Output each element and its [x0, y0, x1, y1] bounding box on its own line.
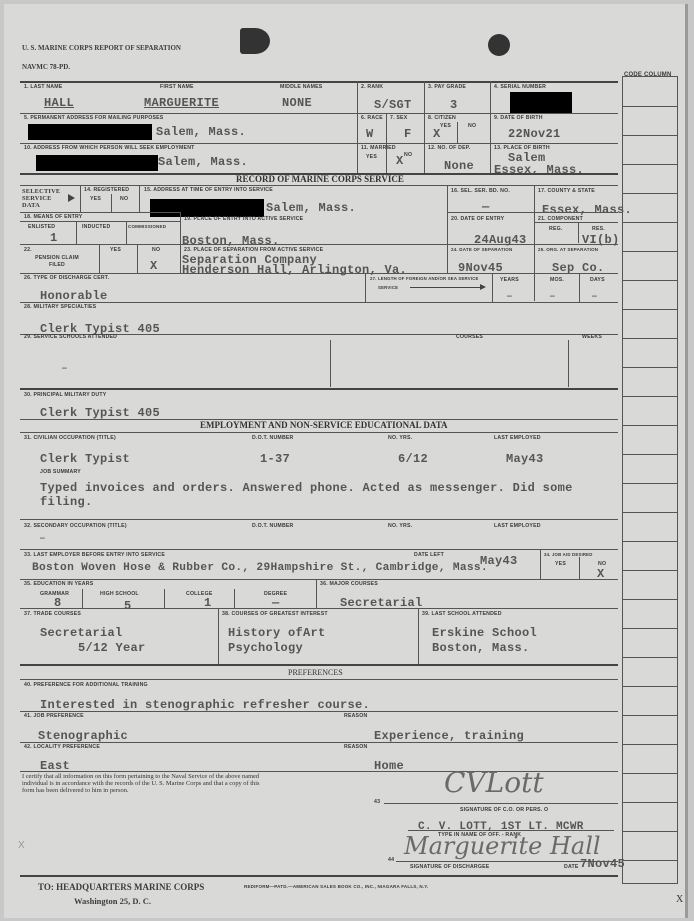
- employment-address-redaction: [36, 155, 158, 171]
- employment-section-title: EMPLOYMENT AND NON-SERVICE EDUCATIONAL D…: [200, 420, 448, 430]
- military-specialties-label: 28. MILITARY SPECIALTIES: [24, 304, 96, 310]
- last-name-value: HALL: [44, 96, 74, 110]
- married-no-mark: X: [396, 154, 404, 168]
- date-of-entry-label: 20. DATE OF ENTRY: [451, 216, 504, 222]
- serial-number-redaction: [510, 92, 572, 113]
- form-title: U. S. MARINE CORPS REPORT OF SEPARATION: [22, 44, 181, 52]
- job-reason-label: REASON: [344, 713, 367, 719]
- job-aid-yes-label: YES: [555, 561, 566, 567]
- middle-names-value: NONE: [282, 96, 312, 110]
- married-label: 11. MARRIED: [361, 145, 396, 151]
- pension-claim-num: 22.: [24, 247, 32, 253]
- printer-line: REDIFORM—PATD.—AMERICAN SALES BOOK CO., …: [244, 884, 428, 889]
- additional-training-label: 40. PREFERENCE FOR ADDITIONAL TRAINING: [24, 682, 148, 688]
- years-value: —: [507, 292, 512, 301]
- years-label: YEARS: [500, 277, 519, 283]
- employment-address-label: 10. ADDRESS FROM WHICH PERSON WILL SEEK …: [24, 145, 195, 151]
- pay-grade-label: 3. PAY GRADE: [428, 84, 466, 90]
- service-sublabel: SERVICE: [378, 285, 398, 290]
- secondary-no-yrs-label: NO. YRS.: [388, 523, 412, 529]
- date-of-birth-value: 22Nov21: [508, 127, 561, 141]
- high-school-value: 5: [124, 599, 132, 613]
- discharge-cert-label: 26. TYPE OF DISCHARGE CERT.: [24, 275, 109, 281]
- margin-mark: X: [18, 840, 25, 851]
- registered-label: 14. REGISTERED: [84, 187, 129, 193]
- additional-training-value: Interested in stenographic refresher cou…: [40, 698, 370, 712]
- permanent-address-label: 5. PERMANENT ADDRESS FOR MAILING PURPOSE…: [24, 115, 163, 121]
- county-state-value: Essex, Mass.: [542, 203, 632, 217]
- enlisted-value: 1: [50, 231, 58, 245]
- dependents-label: 12. NO. OF DEP.: [428, 145, 470, 151]
- job-reason-value: Experience, training: [374, 729, 524, 743]
- married-yes-label: YES: [366, 154, 377, 160]
- middle-names-label: MIDDLE NAMES: [280, 84, 322, 90]
- last-school-line1: Erskine School: [432, 626, 537, 640]
- dependents-value: None: [444, 159, 474, 173]
- sex-value: F: [404, 127, 412, 141]
- trade-courses-line2: 5/12 Year: [78, 641, 146, 655]
- dot-number-value: 1-37: [260, 452, 290, 466]
- form-number: NAVMC 78-PD.: [22, 63, 70, 71]
- co-signature: CVLott: [444, 766, 544, 799]
- dischargee-signature: Marguerite Hall: [404, 832, 601, 860]
- county-state-label: 17. COUNTY & STATE: [538, 188, 595, 194]
- component-reg-label: REG.: [549, 226, 562, 232]
- days-label: DAYS: [590, 277, 605, 283]
- permanent-address-redaction: [28, 124, 152, 140]
- rank-value: S/SGT: [374, 98, 412, 112]
- pension-claim-label: PENSION CLAIM FILED: [34, 255, 80, 269]
- locality-preference-label: 42. LOCALITY PREFERENCE: [24, 744, 100, 750]
- days-value: —: [592, 292, 597, 301]
- months-label: MOS.: [550, 277, 564, 283]
- secondary-occupation-label: 32. SECONDARY OCCUPATION (TITLE): [24, 523, 127, 529]
- race-value: W: [366, 127, 374, 141]
- job-summary-line2: filing.: [40, 495, 93, 509]
- date-value: 7Nov45: [580, 857, 625, 871]
- courses-interest-line2: Psychology: [228, 641, 303, 655]
- job-summary-label: JOB SUMMARY: [40, 469, 81, 475]
- org-at-separation-label: 25. ORG. AT SEPARATION: [538, 247, 598, 252]
- married-no-label: NO: [404, 152, 412, 158]
- no-yrs-label: NO. YRS.: [388, 435, 412, 441]
- certification-text: I certify that all information on this f…: [22, 774, 272, 794]
- date-of-birth-label: 9. DATE OF BIRTH: [494, 115, 543, 121]
- address-at-entry-value: Salem, Mass.: [266, 201, 356, 215]
- citizen-yes-mark: X: [433, 127, 441, 141]
- pension-no-label: NO: [152, 247, 160, 253]
- high-school-label: HIGH SCHOOL: [100, 591, 139, 597]
- permanent-address-value: Salem, Mass.: [156, 125, 246, 139]
- last-school-line2: Boston, Mass.: [432, 641, 530, 655]
- place-of-separation-line2: Henderson Hall, Arlington, Va.: [182, 263, 407, 277]
- service-section-title: RECORD OF MARINE CORPS SERVICE: [236, 174, 404, 184]
- trade-courses-label: 37. TRADE COURSES: [24, 611, 81, 617]
- date-of-separation-label: 24. DATE OF SEPARATION: [451, 247, 512, 252]
- first-name-value: MARGUERITE: [144, 96, 219, 110]
- co-signature-label: SIGNATURE OF C.O. OR PERS. O: [460, 807, 548, 813]
- last-school-label: 39. LAST SCHOOL ATTENDED: [422, 611, 502, 617]
- major-courses-label: 36. MAJOR COURSES: [320, 581, 378, 587]
- address-at-entry-label: 15. ADDRESS AT TIME OF ENTRY INTO SERVIC…: [144, 187, 273, 193]
- serial-number-label: 4. SERIAL NUMBER: [494, 84, 546, 90]
- address-at-entry-redaction: [150, 199, 264, 217]
- months-value: —: [550, 292, 555, 301]
- dischargee-signature-number: 44: [388, 857, 394, 863]
- service-schools-value: —: [62, 364, 67, 373]
- job-preference-value: Stenographic: [38, 729, 128, 743]
- principal-duty-label: 30. PRINCIPAL MILITARY DUTY: [24, 392, 106, 398]
- education-label: 35. EDUCATION IN YEARS: [24, 581, 93, 587]
- last-employer-value: Boston Woven Hose & Rubber Co., 29Hampsh…: [32, 562, 488, 574]
- pay-grade-value: 3: [450, 98, 458, 112]
- date-left-label: DATE LEFT: [414, 552, 444, 558]
- to-line1: TO: HEADQUARTERS MARINE CORPS: [38, 882, 204, 892]
- means-of-entry-label: 18. MEANS OF ENTRY: [24, 214, 82, 220]
- trade-courses-line1: Secretarial: [40, 626, 123, 640]
- enlisted-label: ENLISTED: [28, 224, 55, 230]
- citizen-no-label: NO: [468, 123, 476, 129]
- preferences-section-title: PREFERENCES: [288, 668, 343, 677]
- dot-number-label: D.O.T. NUMBER: [252, 435, 294, 441]
- employment-address-value: Salem, Mass.: [158, 155, 248, 169]
- first-name-label: FIRST NAME: [160, 84, 194, 90]
- no-yrs-value: 6/12: [398, 452, 428, 466]
- last-name-label: 1. LAST NAME: [24, 84, 62, 90]
- secondary-occupation-value: —: [40, 534, 45, 543]
- selective-service-label: SELECTIVE SERVICE DATA: [22, 188, 66, 209]
- civilian-occupation-value: Clerk Typist: [40, 452, 130, 466]
- citizen-label: 8. CITIZEN: [428, 115, 456, 121]
- co-signature-number: 43: [374, 799, 380, 805]
- punch-hole-left: [240, 28, 270, 54]
- courses-label: COURSES: [456, 334, 483, 340]
- dischargee-signature-label: SIGNATURE OF DISCHARGEE: [410, 864, 489, 870]
- civilian-occupation-label: 31. CIVILIAN OCCUPATION (TITLE): [24, 435, 116, 441]
- arrow-right-icon: [410, 287, 484, 288]
- date-label: DATE: [564, 864, 579, 870]
- component-res-label: RES.: [592, 226, 605, 232]
- code-column: [622, 76, 678, 884]
- foreign-service-label: 27. LENGTH OF FOREIGN AND/OR SEA SERVICE: [370, 276, 479, 281]
- sex-label: 7. SEX: [390, 115, 407, 121]
- locality-reason-label: REASON: [344, 744, 367, 750]
- secondary-dot-label: D.O.T. NUMBER: [252, 523, 294, 529]
- arrow-right-icon: [68, 194, 75, 202]
- job-preference-label: 41. JOB PREFERENCE: [24, 713, 84, 719]
- citizen-yes-label: YES: [440, 123, 451, 129]
- last-employer-label: 33. LAST EMPLOYER BEFORE ENTRY INTO SERV…: [24, 552, 165, 558]
- registered-yes-label: YES: [90, 196, 101, 202]
- courses-interest-line1: History ofArt: [228, 626, 326, 640]
- job-summary-line1: Typed invoices and orders. Answered phon…: [40, 481, 573, 495]
- pension-yes-label: YES: [110, 247, 121, 253]
- service-schools-label: 29. SERVICE SCHOOLS ATTENDED: [24, 334, 117, 340]
- rank-label: 2. RANK: [361, 84, 383, 90]
- race-label: 6. RACE: [361, 115, 383, 121]
- secondary-last-employed-label: LAST EMPLOYED: [494, 523, 541, 529]
- place-of-entry-label: 19. PLACE OF ENTRY INTO ACTIVE SERVICE: [184, 216, 303, 222]
- to-line2: Washington 25, D. C.: [74, 896, 151, 906]
- discharge-cert-value: Honorable: [40, 289, 108, 303]
- last-employed-value: May43: [506, 452, 544, 466]
- commissioned-label: COMMISSIONED: [128, 224, 166, 229]
- pension-no-mark: X: [150, 259, 158, 273]
- arrowhead-icon: [480, 284, 486, 290]
- courses-interest-label: 38. COURSES OF GREATEST INTEREST: [222, 611, 328, 617]
- inducted-label: INDUCTED: [82, 224, 110, 230]
- job-aid-label: 34. JOB AID DESIRED: [544, 552, 593, 557]
- registered-no-label: NO: [120, 196, 128, 202]
- last-employed-label: LAST EMPLOYED: [494, 435, 541, 441]
- separation-report-form: U. S. MARINE CORPS REPORT OF SEPARATION …: [4, 4, 688, 918]
- punch-hole-right: [488, 34, 510, 56]
- sel-ser-bd-no-label: 16. SEL. SER. BD. NO.: [451, 188, 510, 194]
- weeks-label: WEEKS: [582, 334, 602, 340]
- principal-duty-value: Clerk Typist 405: [40, 406, 160, 420]
- corner-mark: X: [676, 894, 683, 905]
- place-of-entry-value: Boston, Mass.: [182, 234, 280, 248]
